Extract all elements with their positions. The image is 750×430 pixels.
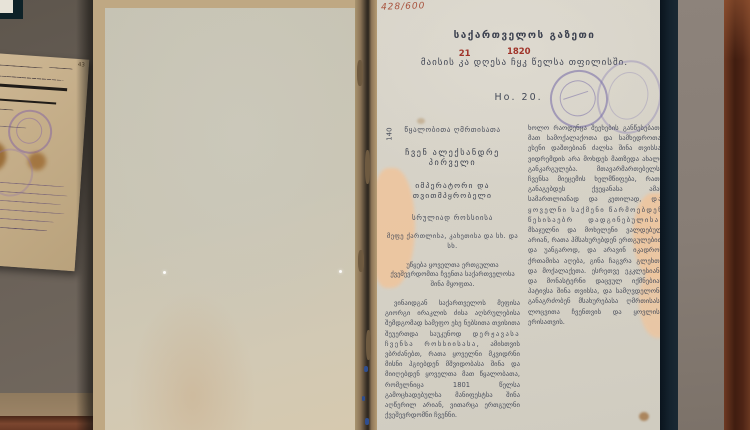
heading-alexander-i: ჩვენ ალექსანდრე პირველი bbox=[385, 147, 520, 167]
dateline-day: კა 21 bbox=[459, 58, 474, 68]
handwriting-line bbox=[0, 75, 64, 81]
torn-paper-bit bbox=[365, 150, 370, 184]
dateline-word: დღესა bbox=[474, 58, 507, 68]
ruled-line bbox=[0, 98, 56, 105]
blue-ink-fleck bbox=[365, 418, 369, 425]
handwriting-line bbox=[49, 67, 73, 70]
wood-frame-bar bbox=[724, 0, 750, 430]
ink-handwriting bbox=[0, 217, 54, 223]
wall-panel bbox=[678, 0, 724, 430]
handwriting-line bbox=[0, 64, 43, 69]
heading-emperor: იმპერატორი და თვითმპყრობელი bbox=[385, 181, 520, 201]
stamp-inner-ring bbox=[604, 68, 653, 123]
open-book: 428/600 საქართველოს გაზეთი მაისის კა 21 … bbox=[93, 0, 672, 430]
ink-handwriting bbox=[0, 227, 47, 232]
left-column-body: ვინაიდგან საქართველოს მეფისა გიორგი ირაკ… bbox=[385, 298, 520, 420]
printed-year: ჩყკ bbox=[511, 58, 528, 68]
glare-speck bbox=[163, 271, 166, 274]
archival-number: 428/600 bbox=[381, 1, 426, 13]
printed-day: კა bbox=[459, 58, 470, 68]
body-text: მსაჯულნი და მოხელენი ვალდებულ არიან, რათ… bbox=[528, 226, 663, 326]
stamp-inner-ring bbox=[555, 76, 600, 121]
manuscript-day-red-ink: 21 bbox=[459, 49, 471, 59]
torn-paper-bit bbox=[357, 60, 363, 86]
heading-all-russia: სრულიად როსსიისა bbox=[385, 213, 520, 223]
ruled-line bbox=[0, 83, 67, 91]
glare-speck bbox=[339, 270, 342, 273]
stamp-inner-ring bbox=[15, 117, 43, 145]
book-edge-shadow bbox=[76, 0, 94, 430]
dateline-year: ჩყკ 1820 bbox=[511, 58, 532, 68]
blue-ink-fleck bbox=[364, 366, 368, 372]
margin-number: 140 bbox=[385, 127, 395, 140]
body-text: ამისთვის ვბრძანებთ, რათა ყოველნი მკვიდრნ… bbox=[385, 340, 520, 419]
printed-gazette-page: 428/600 საქართველოს გაზეთი მაისის კა 21 … bbox=[377, 0, 672, 430]
blue-ink-fleck bbox=[362, 396, 365, 401]
display-mat-edge bbox=[660, 0, 678, 430]
left-text-column: 140 წყალობითა ღმრთისათა ჩვენ ალექსანდრე … bbox=[385, 123, 520, 420]
left-blank-page bbox=[105, 8, 355, 430]
brown-spot bbox=[639, 412, 649, 421]
heading-grace-of-god: წყალობითა ღმრთისათა bbox=[385, 125, 520, 135]
body-text: ხოლო რაოდენცა შეეხების განწესებათა მათ ს… bbox=[528, 124, 663, 203]
display-frame-corner bbox=[0, 0, 23, 19]
exhibit-photo: 43 bbox=[0, 0, 750, 430]
dateline-word: მაისის bbox=[421, 58, 455, 68]
gazette-masthead: საქართველოს გაზეთი bbox=[377, 30, 672, 41]
ink-handwriting bbox=[0, 199, 61, 205]
manuscript-year-red-ink: 1820 bbox=[507, 47, 531, 57]
heading-king-of-kartli: მეფე ქართლისა, კახეთისა და სხ. და სხ. bbox=[385, 231, 520, 251]
ink-handwriting bbox=[0, 208, 64, 215]
handwriting-line bbox=[0, 108, 14, 111]
framed-item-fragment bbox=[0, 0, 13, 13]
torn-paper-bit bbox=[358, 250, 364, 272]
right-text-column: ხოლო რაოდენცა შეეხების განწესებათა მათ ს… bbox=[528, 123, 663, 410]
proclamation-line: უწყება ყოველთა ერთგულთა ქვეშევრდომთა ჩვე… bbox=[385, 261, 520, 290]
torn-paper-bit bbox=[366, 330, 371, 360]
book-gutter bbox=[355, 0, 377, 430]
faint-spot bbox=[417, 118, 425, 124]
wood-frame-highlight bbox=[724, 0, 750, 60]
